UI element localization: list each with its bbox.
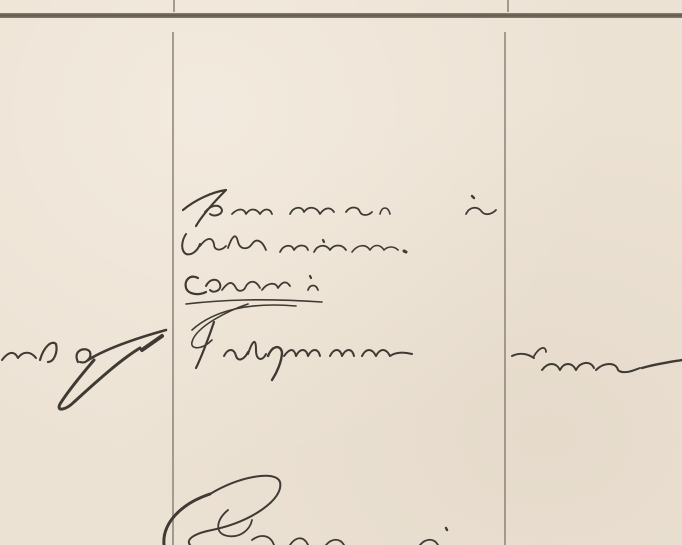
handwriting-row-right [512, 348, 682, 372]
handwriting-row-left [2, 330, 166, 409]
handwriting-bottom-partial [164, 476, 447, 545]
handwriting-line-1 [183, 190, 496, 226]
handwriting-line-2 [182, 234, 406, 254]
handwriting-line-3 [186, 276, 322, 304]
handwriting-row-middle [192, 304, 412, 380]
document-page: Spanweit Uebersetzer. Cassier ...nd of T… [0, 0, 682, 545]
handwriting-ink [0, 0, 682, 545]
